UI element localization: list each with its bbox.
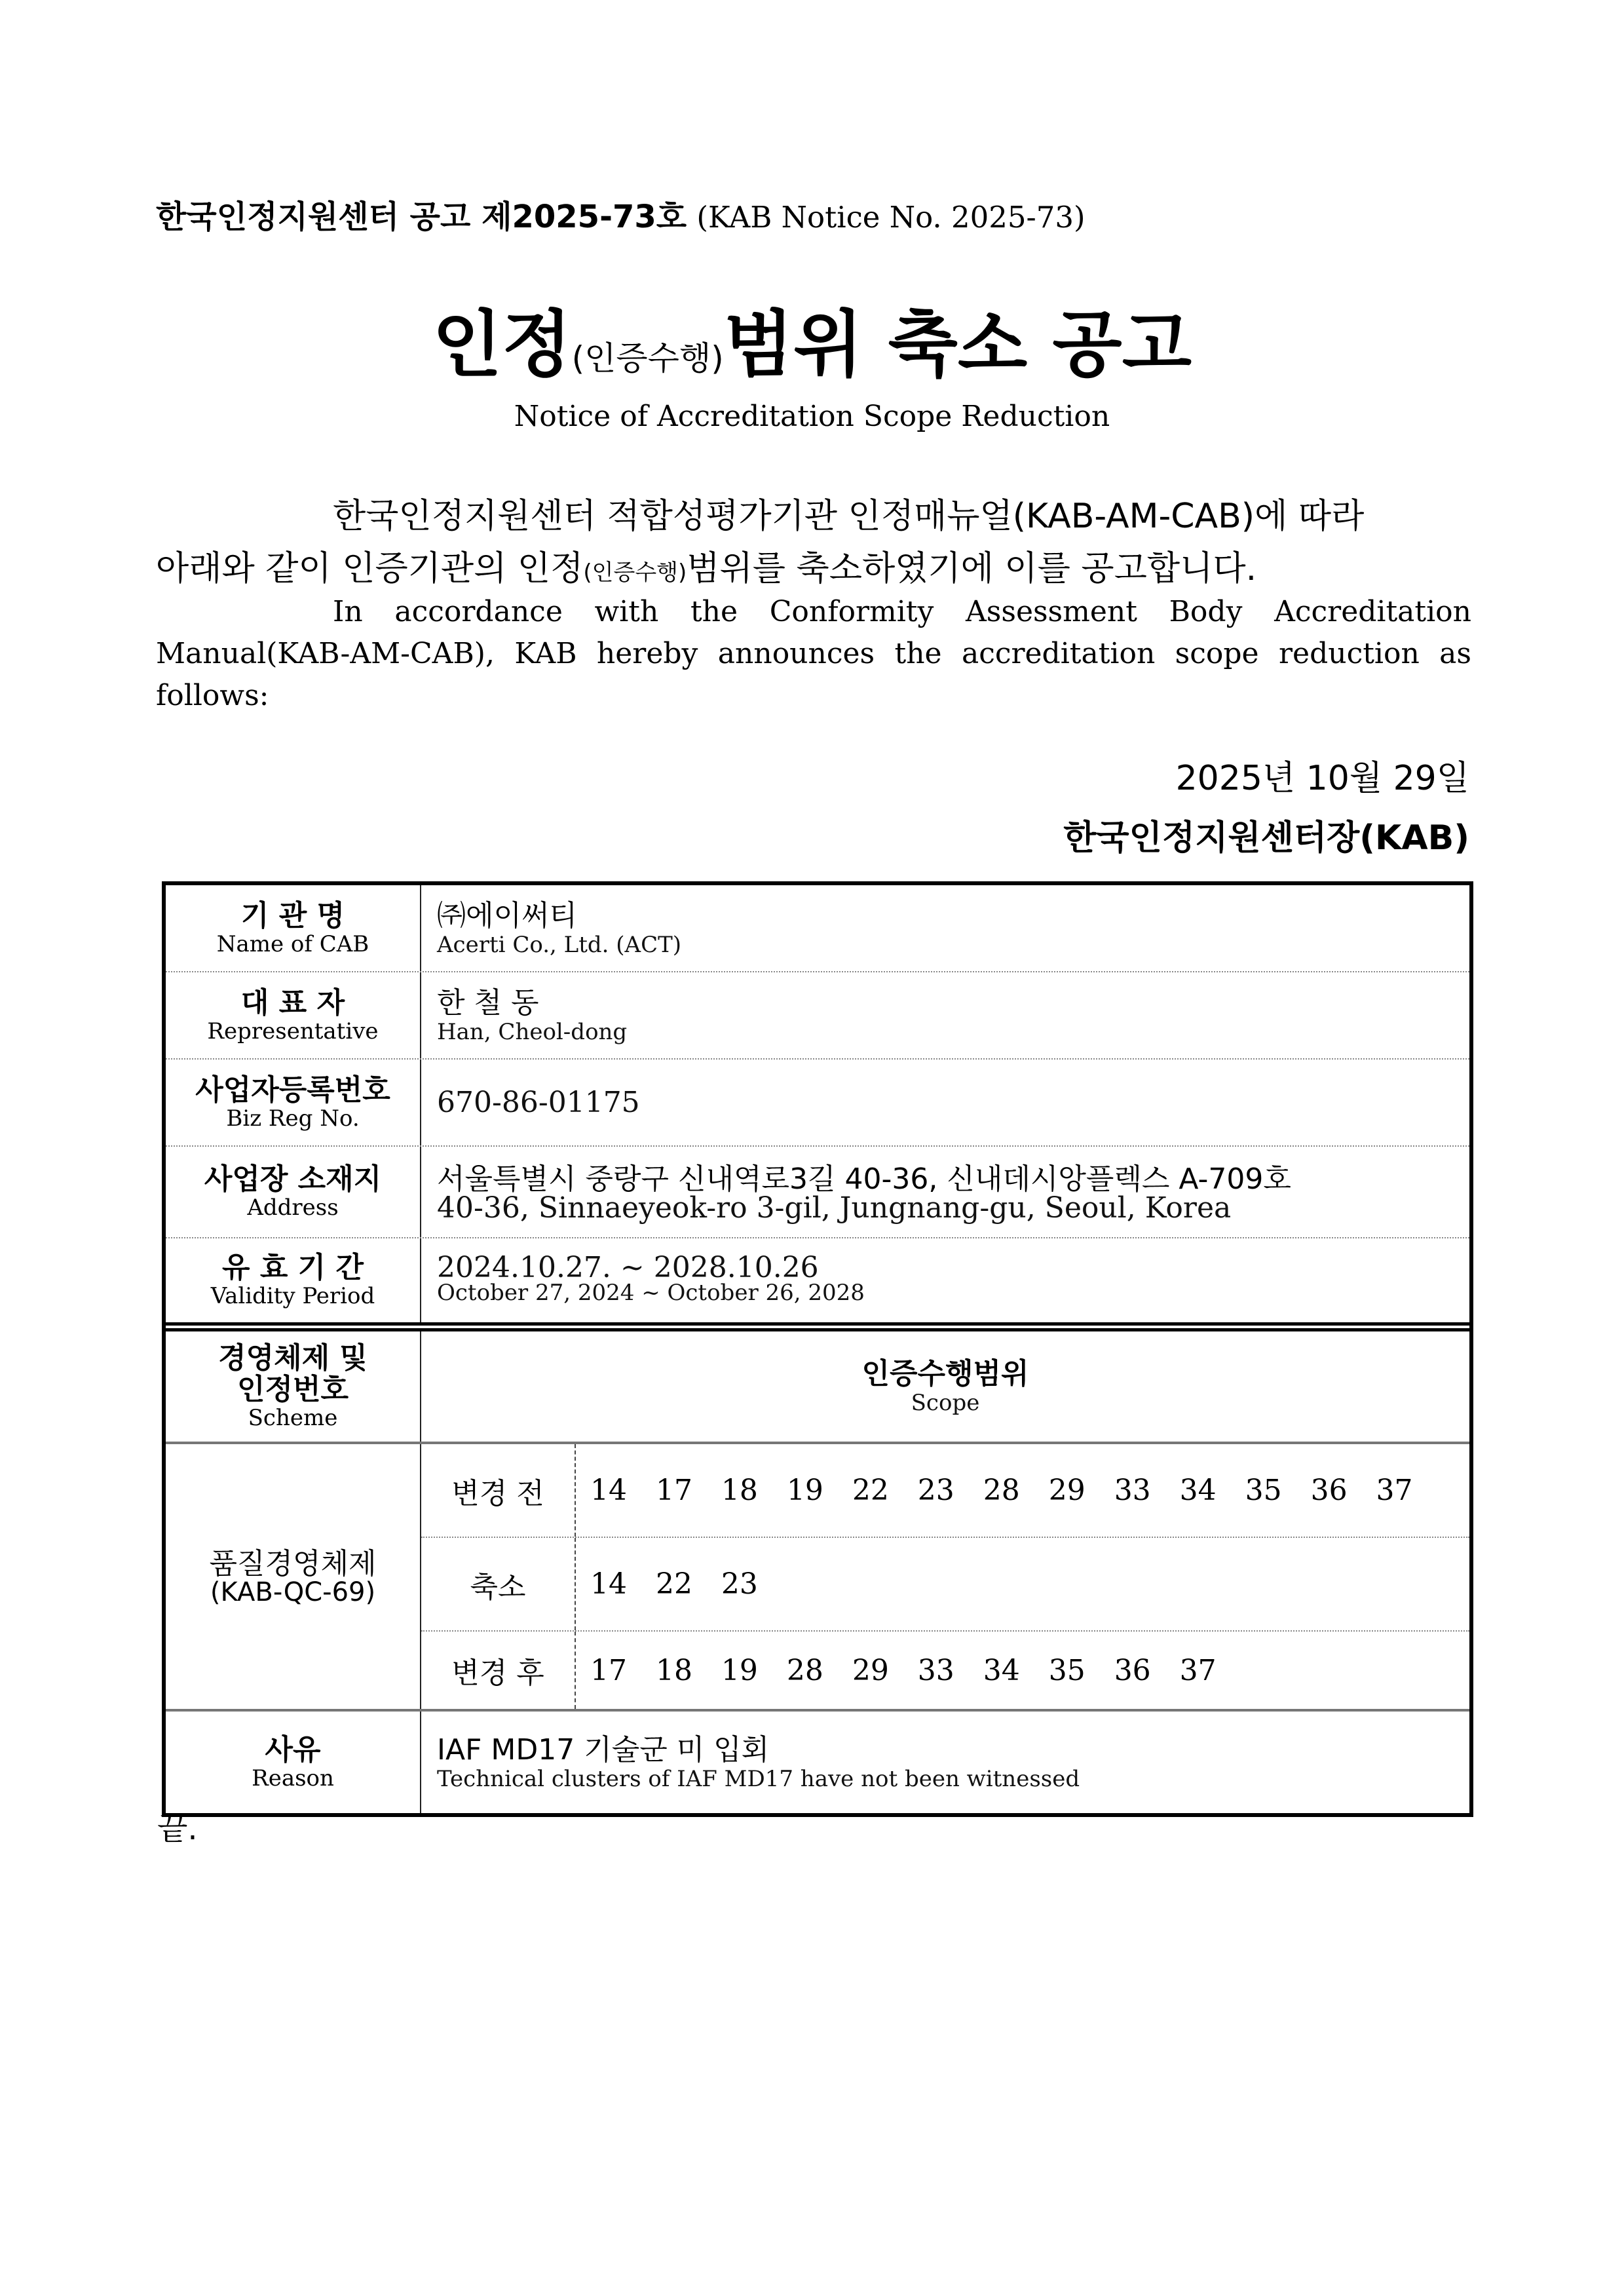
title-small: (인증수행) xyxy=(572,339,724,377)
label-ko: 유 효 기 간 xyxy=(222,1252,364,1284)
row-cab-name: 기 관 명Name of CAB ㈜에이써티Acerti Co., Ltd. (… xyxy=(166,885,1469,972)
body-paragraph-ko: 한국인정지원센터 적합성평가기관 인정매뉴얼(KAB-AM-CAB)에 따라 아… xyxy=(156,490,1471,599)
value-en: Technical clusters of IAF MD17 have not … xyxy=(437,1767,1469,1791)
scope-row-label: 변경 후 xyxy=(421,1632,576,1709)
body-ko-line1: 한국인정지원센터 적합성평가기관 인정매뉴얼(KAB-AM-CAB)에 따라 xyxy=(333,497,1364,536)
scope-row-values: 14 17 18 19 22 23 28 29 33 34 35 36 37 xyxy=(576,1444,1469,1537)
scope-row-values: 17 18 19 28 29 33 34 35 36 37 xyxy=(576,1632,1469,1709)
row-address: 사업장 소재지Address 서울특별시 중랑구 신내역로3길 40-36, 신… xyxy=(166,1147,1469,1238)
title-part2: 범위 축소 공고 xyxy=(724,303,1192,387)
value-ko: 한 철 동 xyxy=(437,987,1469,1020)
row-representative: 대 표 자Representative 한 철 동Han, Cheol-dong xyxy=(166,972,1469,1060)
details-table: 기 관 명Name of CAB ㈜에이써티Acerti Co., Ltd. (… xyxy=(162,881,1473,1817)
label-ko: 사유 xyxy=(265,1734,320,1766)
label-ko: 대 표 자 xyxy=(241,987,345,1019)
scope-header-en: Scope xyxy=(911,1390,980,1415)
page-subtitle: Notice of Accreditation Scope Reduction xyxy=(0,400,1624,433)
scheme-name: 품질경영체제 xyxy=(209,1548,376,1580)
label-ko-1: 경영체제 및 xyxy=(218,1343,368,1374)
scope-before-row: 변경 전14 17 18 19 22 23 28 29 33 34 35 36 … xyxy=(421,1444,1469,1538)
notice-number-ko: 한국인정지원센터 공고 제2025-73호 xyxy=(156,199,687,235)
body-ko-line2b: 범위를 축소하였기에 이를 공고합니다. xyxy=(687,549,1256,588)
label-en: Reason xyxy=(252,1766,334,1791)
label-en: Representative xyxy=(207,1019,378,1044)
label-ko: 사업자등록번호 xyxy=(195,1075,390,1106)
label-ko: 기 관 명 xyxy=(241,900,345,932)
body-ko-line2a: 아래와 같이 인증기관의 인정 xyxy=(156,549,583,588)
label-en: Biz Reg No. xyxy=(226,1106,359,1131)
row-scheme-header: 경영체제 및인정번호Scheme 인증수행범위Scope xyxy=(166,1331,1469,1444)
value-en: 40-36, Sinnaeyeok-ro 3-gil, Jungnang-gu,… xyxy=(437,1196,1469,1221)
notice-number: 한국인정지원센터 공고 제2025-73호 (KAB Notice No. 20… xyxy=(156,191,1086,237)
row-reason: 사유Reason IAF MD17 기술군 미 입회Technical clus… xyxy=(166,1712,1469,1813)
value-ko: 2024.10.27. ~ 2028.10.26 xyxy=(437,1255,1469,1280)
label-ko: 사업장 소재지 xyxy=(204,1164,381,1195)
page-title: 인정(인증수행)범위 축소 공고 xyxy=(0,287,1624,391)
value-ko: ㈜에이써티 xyxy=(437,900,1469,932)
title-part1: 인정 xyxy=(432,303,572,387)
label-en: Address xyxy=(247,1195,338,1220)
label-ko-2: 인정번호 xyxy=(237,1374,349,1406)
end-mark: 끝. xyxy=(157,1803,198,1848)
label-en: Validity Period xyxy=(211,1284,375,1309)
notice-date: 2025년 10월 29일 xyxy=(1176,750,1469,799)
label-en: Name of CAB xyxy=(217,932,369,957)
body-ko-line2-small: (인증수행) xyxy=(583,560,687,586)
double-divider xyxy=(166,1322,1469,1326)
signer: 한국인정지원센터장(KAB) xyxy=(1063,810,1469,859)
body-paragraph-en: In accordance with the Conformity Assess… xyxy=(156,591,1471,717)
scope-header-ko: 인증수행범위 xyxy=(861,1358,1029,1390)
value-en: Acerti Co., Ltd. (ACT) xyxy=(437,932,1469,957)
scheme-code: (KAB-QC-69) xyxy=(210,1580,375,1605)
label-en: Scheme xyxy=(248,1406,338,1430)
scope-reduced-row: 축소14 22 23 xyxy=(421,1538,1469,1632)
value: 670-86-01175 xyxy=(437,1090,1469,1115)
notice-number-en: (KAB Notice No. 2025-73) xyxy=(696,200,1085,235)
scope-row-label: 축소 xyxy=(421,1538,576,1630)
row-validity: 유 효 기 간Validity Period 2024.10.27. ~ 202… xyxy=(166,1238,1469,1322)
scope-row-label: 변경 전 xyxy=(421,1444,576,1537)
row-biz-reg: 사업자등록번호Biz Reg No. 670-86-01175 xyxy=(166,1060,1469,1147)
value-en: October 27, 2024 ~ October 26, 2028 xyxy=(437,1280,1469,1305)
scope-row-values: 14 22 23 xyxy=(576,1538,1469,1630)
scheme-scope-block: 품질경영체제(KAB-QC-69) 변경 전14 17 18 19 22 23 … xyxy=(166,1444,1469,1712)
value-en: Han, Cheol-dong xyxy=(437,1020,1469,1044)
scope-after-row: 변경 후17 18 19 28 29 33 34 35 36 37 xyxy=(421,1632,1469,1709)
value-ko: IAF MD17 기술군 미 입회 xyxy=(437,1734,1469,1767)
body-en-text: In accordance with the Conformity Assess… xyxy=(156,595,1471,712)
